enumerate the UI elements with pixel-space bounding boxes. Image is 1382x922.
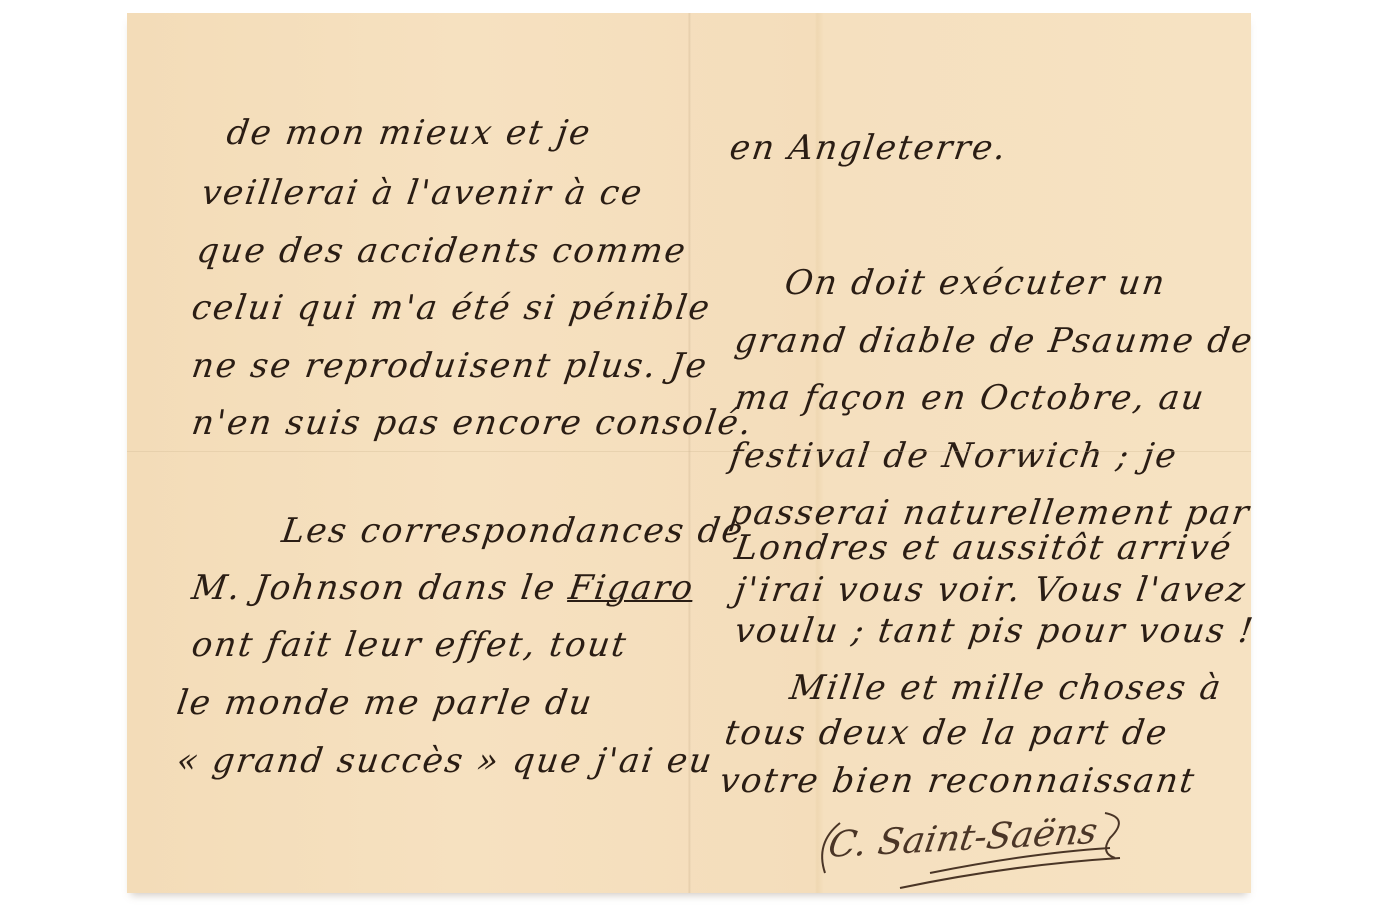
letter-line: veillerai à l'avenir à ce	[199, 173, 646, 213]
letter-line: Mille et mille choses à	[787, 668, 1225, 708]
right-page: en Angleterre. On doit exécuter un grand…	[690, 13, 1251, 893]
letter-line: ma façon en Octobre, au	[732, 378, 1208, 418]
letter-line: celui qui m'a été si pénible	[189, 288, 714, 328]
left-page: de mon mieux et je veillerai à l'avenir …	[127, 13, 690, 893]
letter-sheet: de mon mieux et je veillerai à l'avenir …	[127, 13, 1251, 893]
letter-line: grand diable de Psaume de	[732, 321, 1256, 361]
letter-line: voulu ; tant pis pour vous !	[732, 611, 1257, 651]
letter-line: ont fait leur effet, tout	[189, 625, 630, 665]
letter-line: festival de Norwich ; je	[727, 436, 1180, 476]
letter-text: M. Johnson dans le	[189, 568, 572, 608]
letter-line: votre bien reconnaissant	[717, 761, 1198, 801]
underlined-word: Figaro	[566, 568, 697, 608]
letter-line: Les correspondances de	[279, 511, 747, 551]
letter-line: en Angleterre.	[727, 128, 1010, 168]
letter-line: ne se reproduisent plus. Je	[189, 346, 711, 386]
letter-line: Londres et aussitôt arrivé	[732, 528, 1235, 568]
letter-line: j'irai vous voir. Vous l'avez	[732, 570, 1249, 610]
signature-flourish-icon	[810, 803, 1130, 893]
letter-line: On doit exécuter un	[782, 263, 1169, 303]
letter-line: de mon mieux et je	[224, 113, 594, 153]
letter-line: « grand succès » que j'ai eu	[174, 741, 716, 781]
letter-line: passerai naturellement par	[727, 493, 1253, 533]
letter-line: que des accidents comme	[194, 231, 689, 271]
letter-line: le monde me parle du	[174, 683, 596, 723]
letter-line: tous deux de la part de	[722, 713, 1171, 753]
letter-line: n'en suis pas encore consolé.	[189, 403, 755, 443]
letter-line: M. Johnson dans le Figaro	[189, 568, 697, 608]
